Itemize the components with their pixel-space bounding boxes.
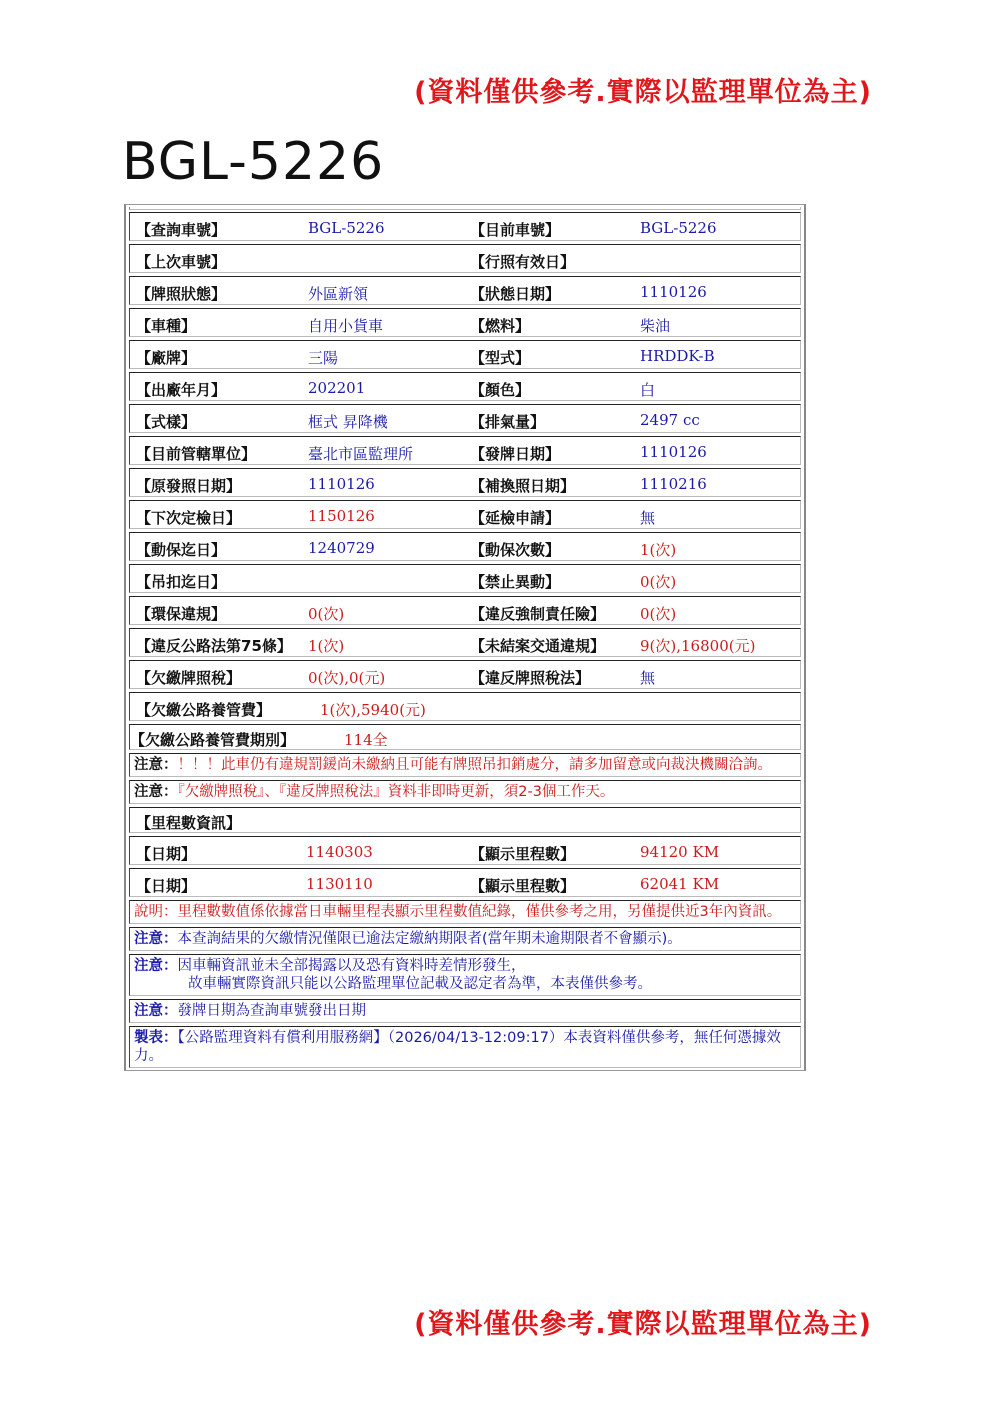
footer-note-1: 注意：本查詢結果的欠繳情況僅限已逾法定繳納期限者(當年期未逾期限者不會顯示)。: [129, 927, 801, 951]
made-by-note: 製表：【公路監理資料有償利用服務網】（2026/04/13-12:09:17）本…: [129, 1026, 801, 1068]
field-value: 0(次): [640, 603, 676, 624]
field-value: 柴油: [640, 315, 670, 336]
field-label: 【欠繳牌照稅】: [136, 667, 241, 688]
road-fee-value: 1(次),5940(元): [320, 699, 426, 720]
field-label: 【禁止異動】: [470, 571, 560, 592]
field-label: 【違反公路法第75條】: [136, 635, 292, 656]
mileage-row-1: 【日期】 1140303 【顯示里程數】 94120 KM: [129, 836, 801, 865]
field-value: 1(次): [308, 635, 344, 656]
field-label: 【原發照日期】: [136, 475, 241, 496]
field-value: 1150126: [308, 507, 375, 525]
vehicle-report-table: 【查詢車號】BGL-5226【目前車號】BGL-5226【上次車號】【行照有效日…: [124, 204, 806, 1071]
mileage-explain: 說明：里程數數值係依據當日車輛里程表顯示里程數值紀錄，僅供參考之用，另僅提供近3…: [129, 900, 801, 924]
field-label: 【查詢車號】: [136, 219, 226, 240]
field-value: 9(次),16800(元): [640, 635, 755, 656]
field-label: 【狀態日期】: [470, 283, 560, 304]
mileage-title: 【里程數資訊】: [136, 812, 241, 833]
field-label: 【發牌日期】: [470, 443, 560, 464]
field-value: 1(次): [640, 539, 676, 560]
info-row: 【下次定檢日】1150126【延檢申請】無: [129, 500, 801, 529]
field-value: 三陽: [308, 347, 338, 368]
field-label: 【吊扣迄日】: [136, 571, 226, 592]
field-value: 1110126: [640, 443, 707, 461]
info-row: 【車種】自用小貨車【燃料】柴油: [129, 308, 801, 337]
field-label: 【型式】: [470, 347, 530, 368]
disclaimer-bottom: (資料僅供參考.實際以監理單位為主): [414, 1302, 872, 1341]
plate-title: BGL-5226: [122, 132, 384, 192]
disclaimer-top: (資料僅供參考.實際以監理單位為主): [414, 70, 872, 109]
field-value: 202201: [308, 379, 365, 397]
field-value: HRDDK-B: [640, 347, 715, 365]
mileage-header: 【里程數資訊】: [129, 807, 801, 833]
info-row: 【牌照狀態】外區新領【狀態日期】1110126: [129, 276, 801, 305]
field-label: 【延檢申請】: [470, 507, 560, 528]
field-label: 【補換照日期】: [470, 475, 575, 496]
field-label: 【未結案交通違規】: [470, 635, 605, 656]
field-value: 0(次): [308, 603, 344, 624]
road-fee-period-row: 【欠繳公路養管費期別】 114全: [129, 724, 801, 750]
field-label: 【上次車號】: [136, 251, 226, 272]
road-fee-period-value: 114全: [344, 729, 388, 750]
field-label: 【環保違規】: [136, 603, 226, 624]
field-label: 【出廠年月】: [136, 379, 226, 400]
road-fee-label: 【欠繳公路養管費】: [136, 699, 271, 720]
field-value: 白: [640, 379, 655, 400]
field-value: 2497 cc: [640, 411, 700, 429]
table-top-line: [129, 207, 801, 210]
field-label: 【牌照狀態】: [136, 283, 226, 304]
info-row: 【吊扣迄日】【禁止異動】0(次): [129, 564, 801, 593]
field-value: 無: [640, 667, 655, 688]
info-row: 【式樣】框式 昇降機【排氣量】2497 cc: [129, 404, 801, 433]
footer-note-3: 注意：發牌日期為查詢車號發出日期: [129, 999, 801, 1023]
info-row: 【違反公路法第75條】1(次)【未結案交通違規】9(次),16800(元): [129, 628, 801, 657]
info-row: 【欠繳牌照稅】0(次),0(元)【違反牌照稅法】無: [129, 660, 801, 689]
mileage-row-2: 【日期】 1130110 【顯示里程數】 62041 KM: [129, 868, 801, 897]
field-value: BGL-5226: [640, 219, 717, 237]
info-row: 【原發照日期】1110126【補換照日期】1110216: [129, 468, 801, 497]
field-label: 【違反強制責任險】: [470, 603, 605, 624]
footer-note-2: 注意：因車輛資訊並未全部揭露以及恐有資料時差情形發生， 故車輛實際資訊只能以公路…: [129, 954, 801, 996]
field-label: 【式樣】: [136, 411, 196, 432]
info-row: 【廠牌】三陽【型式】HRDDK-B: [129, 340, 801, 369]
info-rows: 【查詢車號】BGL-5226【目前車號】BGL-5226【上次車號】【行照有效日…: [129, 212, 801, 689]
field-value: 1110216: [640, 475, 707, 493]
field-value: BGL-5226: [308, 219, 385, 237]
field-label: 【下次定檢日】: [136, 507, 241, 528]
field-label: 【違反牌照稅法】: [470, 667, 590, 688]
field-value: 自用小貨車: [308, 315, 383, 336]
info-row: 【動保迄日】1240729【動保次數】1(次): [129, 532, 801, 561]
field-label: 【動保迄日】: [136, 539, 226, 560]
info-row: 【環保違規】0(次)【違反強制責任險】0(次): [129, 596, 801, 625]
field-label: 【顏色】: [470, 379, 530, 400]
field-label: 【車種】: [136, 315, 196, 336]
warning-note-2: 注意：『欠繳牌照稅』、『違反牌照稅法』資料非即時更新，須2-3個工作天。: [129, 780, 801, 804]
info-row: 【出廠年月】202201【顏色】白: [129, 372, 801, 401]
field-label: 【目前車號】: [470, 219, 560, 240]
field-value: 臺北市區監理所: [308, 443, 413, 464]
field-label: 【排氣量】: [470, 411, 545, 432]
field-value: 框式 昇降機: [308, 411, 388, 432]
field-value: 0(次): [640, 571, 676, 592]
road-fee-period-label: 【欠繳公路養管費期別】: [130, 729, 295, 750]
field-value: 1110126: [308, 475, 375, 493]
field-label: 【廠牌】: [136, 347, 196, 368]
road-fee-row: 【欠繳公路養管費】 1(次),5940(元): [129, 692, 801, 721]
warning-note-1: 注意：！！！此車仍有違規罰鍰尚未繳納且可能有牌照吊扣銷處分，請多加留意或向裁決機…: [129, 753, 801, 777]
field-value: 0(次),0(元): [308, 667, 385, 688]
field-value: 1240729: [308, 539, 375, 557]
field-value: 無: [640, 507, 655, 528]
field-label: 【動保次數】: [470, 539, 560, 560]
field-label: 【目前管轄單位】: [136, 443, 256, 464]
field-label: 【行照有效日】: [470, 251, 575, 272]
field-label: 【燃料】: [470, 315, 530, 336]
info-row: 【上次車號】【行照有效日】: [129, 244, 801, 273]
info-row: 【查詢車號】BGL-5226【目前車號】BGL-5226: [129, 212, 801, 241]
field-value: 1110126: [640, 283, 707, 301]
info-row: 【目前管轄單位】臺北市區監理所【發牌日期】1110126: [129, 436, 801, 465]
field-value: 外區新領: [308, 283, 368, 304]
